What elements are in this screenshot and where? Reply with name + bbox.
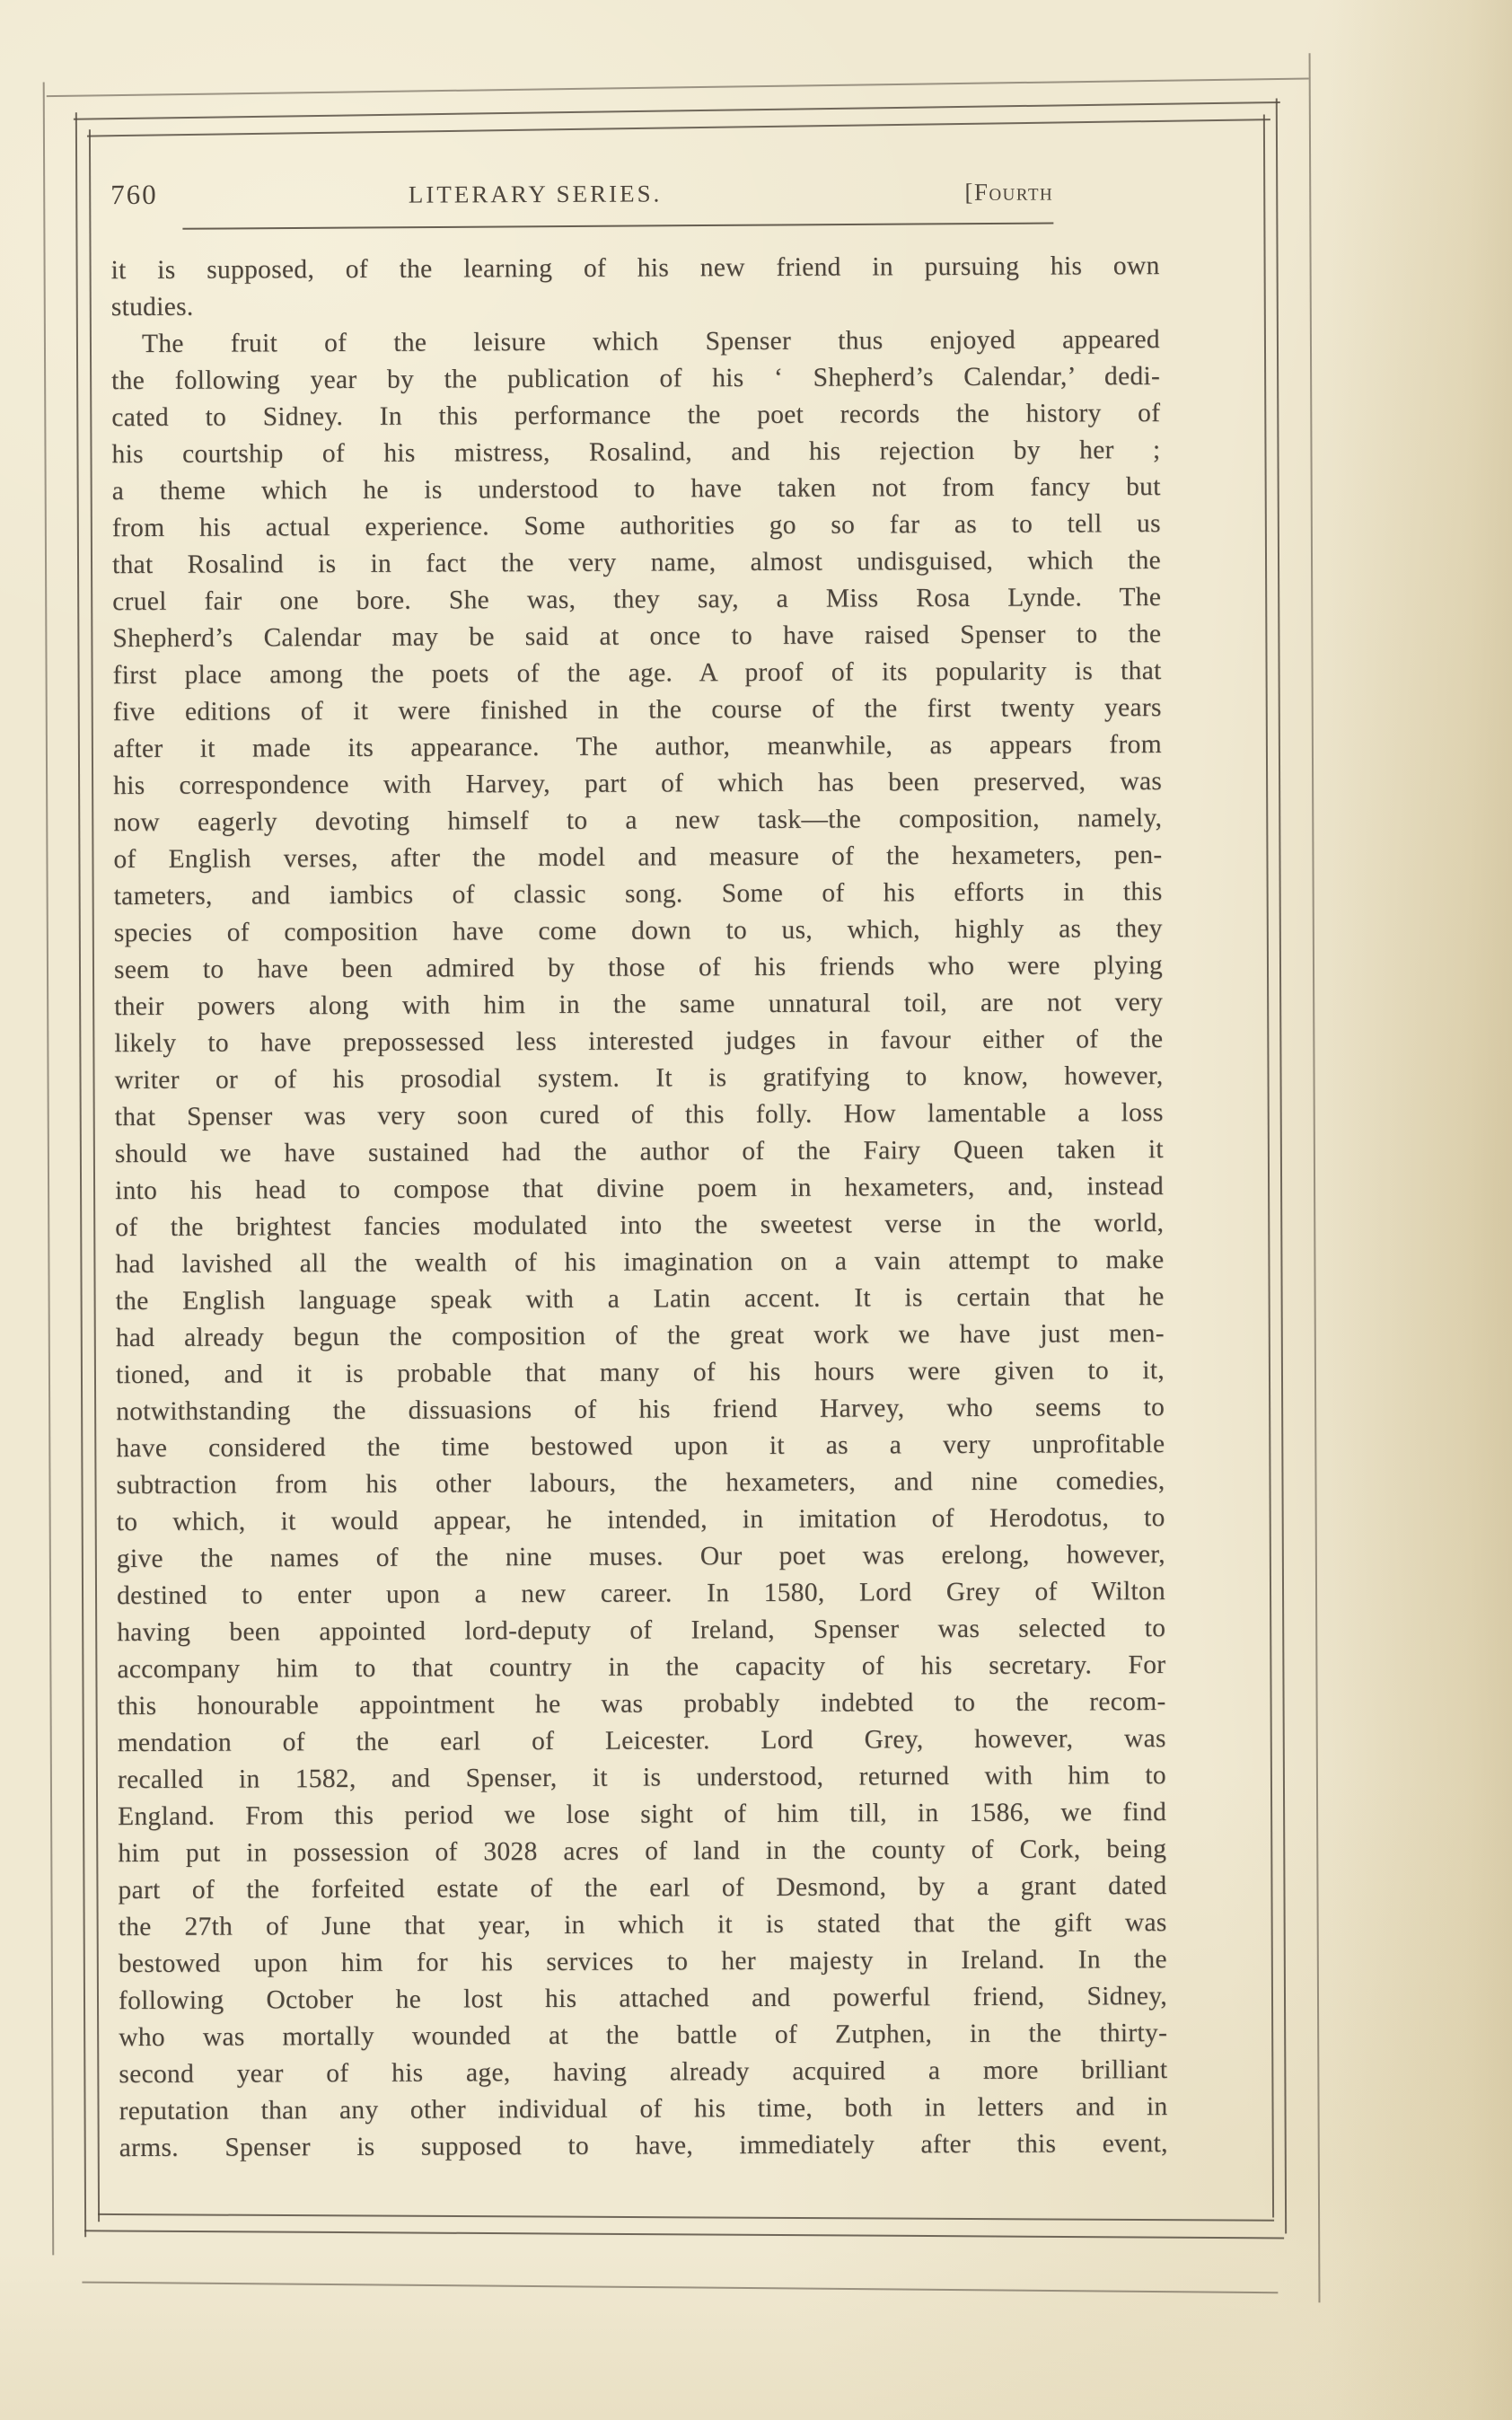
text-line: bestowed upon him for his services to he… [119,1941,1167,1983]
text-line: destined to enter upon a new career. In … [117,1573,1165,1615]
text-line: likely to have prepossessed less interes… [114,1021,1163,1062]
text-line: of English verses, after the model and m… [113,837,1162,878]
text-line: now eagerly devoting himself to a new ta… [113,800,1162,841]
text-line: The fruit of the leisure which Spenser t… [111,321,1160,363]
text-line: part of the forfeited estate of the earl… [118,1868,1166,1909]
text-line: having been appointed lord-deputy of Ire… [117,1610,1165,1651]
text-line: accompany him to that country in the cap… [117,1647,1165,1688]
text-line: tioned, and it is probable that many of … [116,1352,1165,1394]
text-line: seem to have been admired by those of hi… [114,947,1163,989]
text-line: this honourable appointment he was proba… [117,1684,1165,1725]
text-line: tameters, and iambics of classic song. S… [114,874,1163,915]
text-line: that Rosalind is in fact the very name, … [112,542,1161,584]
frame-line-outer-bottom [82,2282,1278,2294]
frame-line-outer-top [47,78,1309,97]
text-line: the 27th of June that year, in which it … [119,1905,1167,1946]
text-line: of the brightest fancies modulated into … [115,1205,1164,1246]
running-header: 760 LITERARY SERIES. [Fourth [110,174,1159,215]
text-line: his courtship of his mistress, Rosalind,… [111,432,1160,473]
text-line: cated to Sidney. In this performance the… [111,395,1160,436]
text-line: second year of his age, having already a… [119,2052,1167,2093]
frame-line-left-2 [89,129,100,2222]
header-rule [182,223,1053,230]
text-line: had already begun the composition of the… [116,1316,1165,1357]
text-line: notwithstanding the dissuasions of his f… [116,1389,1165,1430]
edition-marker: [Fourth [964,179,1053,207]
text-line: arms. Spenser is supposed to have, immed… [119,2125,1168,2167]
text-line: reputation than any other individual of … [119,2089,1167,2130]
text-line: subtraction from his other labours, the … [116,1463,1165,1504]
text-line: five editions of it were finished in the… [113,690,1162,731]
frame-line-left-1 [75,112,86,2237]
frame-line-right-1 [1276,98,1287,2233]
text-line: England. From this period we lose sight … [118,1794,1166,1835]
frame-line-right-2 [1263,115,1274,2218]
text-line: Shepherd’s Calendar may be said at once … [112,616,1161,657]
text-line: their powers along with him in the same … [114,984,1163,1025]
text-line: the following year by the publication of… [111,358,1160,400]
frame-line-outer-right [1309,53,1320,2302]
text-line: him put in possession of 3028 acres of l… [118,1831,1166,1872]
text-line: give the names of the nine muses. Our po… [117,1536,1165,1578]
text-line: should we have sustained had the author … [115,1131,1164,1173]
text-line: writer or of his prosodial system. It is… [114,1058,1163,1099]
scanned-book-page: 760 LITERARY SERIES. [Fourth it is suppo… [0,0,1512,2420]
page-content: 760 LITERARY SERIES. [Fourth it is suppo… [110,174,1168,2167]
text-line: into his head to compose that divine poe… [115,1168,1164,1210]
text-line: species of composition have come down to… [114,911,1163,952]
text-line: have considered the time bestowed upon i… [116,1426,1165,1467]
frame-line-top-2 [87,119,1270,136]
text-line: from his actual experience. Some authori… [112,506,1161,547]
text-line: it is supposed, of the learning of his n… [111,248,1160,289]
text-line: first place among the poets of the age. … [112,653,1161,694]
text-line: mendation of the earl of Leicester. Lord… [118,1720,1166,1762]
text-line: studies. [111,285,1160,326]
frame-line-bottom-2 [84,2230,1284,2239]
text-line: cruel fair one bore. She was, they say, … [112,579,1161,620]
text-line: recalled in 1582, and Spenser, it is und… [118,1757,1166,1799]
page-sheet: 760 LITERARY SERIES. [Fourth it is suppo… [0,0,1512,2420]
text-line: his correspondence with Harvey, part of … [113,763,1162,805]
frame-line-outer-left [43,82,54,2255]
series-title: LITERARY SERIES. [132,179,939,210]
text-line: that Spenser was very soon cured of this… [115,1095,1164,1136]
text-line: who was mortally wounded at the battle o… [119,2015,1167,2056]
text-line: had lavished all the wealth of his imagi… [115,1242,1164,1283]
text-line: after it made its appearance. The author… [113,726,1162,768]
frame-line-bottom-1 [98,2213,1274,2222]
text-line: to which, it would appear, he intended, … [117,1500,1165,1541]
text-line: a theme which he is understood to have t… [112,469,1161,510]
frame-line-top-1 [74,101,1280,120]
text-line: the English language speak with a Latin … [116,1279,1165,1320]
text-line: following October he lost his attached a… [119,1978,1167,2020]
body-text: it is supposed, of the learning of his n… [111,248,1168,2167]
